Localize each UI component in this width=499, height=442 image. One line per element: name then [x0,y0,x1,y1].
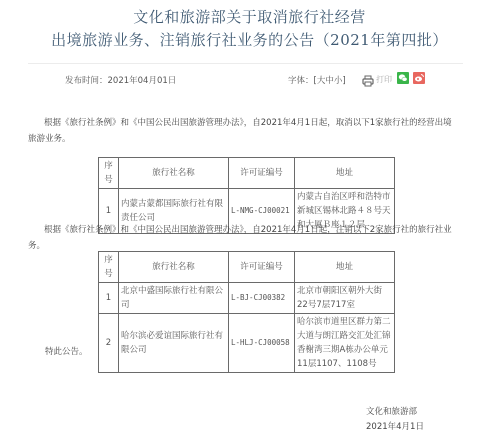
page-title-line-2: 出境旅游业务、注销旅行社业务的公告（2021年第四批） [0,29,499,50]
row-address: 北京市朝阳区朝外大街22号7层717室 [295,283,395,314]
header-agency-name: 旅行社名称 [119,252,229,283]
header-divider [28,63,463,64]
header-index: 序号 [99,158,119,189]
signature-date: 2021年4月1日 [366,420,424,432]
publish-time: 发布时间：2021年04月01日 [65,74,176,86]
table-row: 1 北京中盛国际旅行社有限公司 L-BJ-CJ00382 北京市朝阳区朝外大街2… [99,283,395,314]
table-row: 2 哈尔滨必爱谊国际旅行社有限公司 L-HLJ-CJ00058 哈尔滨市道里区群… [99,314,395,373]
header-agency-name: 旅行社名称 [119,158,229,189]
header-license: 许可证编号 [229,252,295,283]
header-address: 地址 [295,158,395,189]
header-address: 地址 [295,252,395,283]
header-license: 许可证编号 [229,158,295,189]
closing-statement: 特此公告。 [45,345,88,357]
table-header-row: 序号 旅行社名称 许可证编号 地址 [99,158,395,189]
table-header-row: 序号 旅行社名称 许可证编号 地址 [99,252,395,283]
header-index: 序号 [99,252,119,283]
weibo-icon[interactable] [413,72,425,84]
row-license: L-BJ-CJ00382 [229,283,295,314]
print-button[interactable]: 打印 [376,74,392,85]
wechat-icon[interactable] [397,72,409,84]
section2-paragraph: 根据《旅行社条例》和《中国公民出国旅游管理办法》，自2021年4月1日起，注销以… [28,222,458,254]
signature-org: 文化和旅游部 [366,405,417,417]
cancelled-agency-table: 序号 旅行社名称 许可证编号 地址 1 北京中盛国际旅行社有限公司 L-BJ-C… [98,251,395,373]
row-index: 1 [99,283,119,314]
row-agency-name: 北京中盛国际旅行社有限公司 [119,283,229,314]
printer-icon[interactable] [362,72,374,84]
section1-paragraph: 根据《旅行社条例》和《中国公民出国旅游管理办法》，自2021年4月1日起，取消以… [28,115,458,147]
row-address: 哈尔滨市道里区群力第二大道与朗江路交汇处汇锦香榭湾三期A栋办公单元11层1107… [295,314,395,373]
row-index: 2 [99,314,119,373]
row-license: L-HLJ-CJ00058 [229,314,295,373]
font-size-selector[interactable]: 字体：[大中小] [288,74,346,86]
row-agency-name: 哈尔滨必爱谊国际旅行社有限公司 [119,314,229,373]
page-title-line-1: 文化和旅游部关于取消旅行社经营 [0,6,499,27]
